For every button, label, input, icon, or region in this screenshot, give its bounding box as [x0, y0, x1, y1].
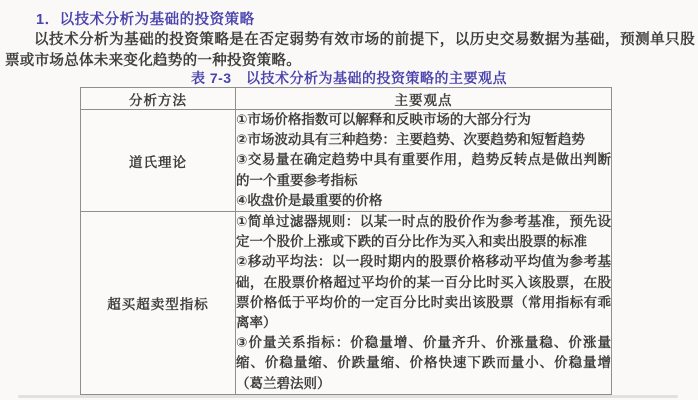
point-item: ②移动平均法：以一段时期内的股票价格移动平均值为参考基础，在股票价格超过平均价的…	[236, 252, 611, 333]
point-item: ③价量关系指标：价稳量增、价量齐升、价涨量稳、价涨量缩、价稳量缩、价跌量缩、价格…	[236, 333, 611, 394]
point-item: ②市场波动具有三种趋势：主要趋势、次要趋势和短暂趋势	[236, 130, 611, 150]
method-cell-overbought-oversold: 超买超卖型指标	[81, 212, 236, 395]
table-caption: 表 7-3 以技术分析为基础的投资策略的主要观点	[0, 68, 698, 88]
point-item: ①简单过滤器规则：以某一时点的股价作为参考基准，预先设定一个股价上涨或下跌的百分…	[236, 212, 611, 252]
method-cell-dow-theory: 道氏理论	[81, 110, 236, 212]
analysis-table: 分析方法 主要观点 道氏理论 ①市场价格指数可以解释和反映市场的大部分行为 ②市…	[80, 87, 612, 395]
points-cell-overbought-oversold: ①简单过滤器规则：以某一时点的股价作为参考基准，预先设定一个股价上涨或下跌的百分…	[236, 212, 612, 395]
page-shadow-divider	[18, 395, 678, 398]
points-cell-dow-theory: ①市场价格指数可以解释和反映市场的大部分行为 ②市场波动具有三种趋势：主要趋势、…	[236, 110, 612, 212]
table-header-row: 分析方法 主要观点	[81, 88, 612, 110]
column-header-method: 分析方法	[81, 88, 236, 110]
section-heading: 1．以技术分析为基础的投资策略	[36, 8, 255, 29]
intro-paragraph: 以技术分析为基础的投资策略是在否定弱势有效市场的前提下，以历史交易数据为基础，预…	[5, 30, 695, 72]
point-item: ③交易量在确定趋势中具有重要作用，趋势反转点是做出判断的一个重要参考指标	[236, 150, 611, 190]
table-row: 超买超卖型指标 ①简单过滤器规则：以某一时点的股价作为参考基准，预先设定一个股价…	[81, 212, 612, 395]
column-header-points: 主要观点	[236, 88, 612, 110]
document-page: 1．以技术分析为基础的投资策略 以技术分析为基础的投资策略是在否定弱势有效市场的…	[0, 0, 698, 400]
point-item: ①市场价格指数可以解释和反映市场的大部分行为	[236, 110, 611, 130]
point-item: ④收盘价是最重要的价格	[236, 191, 611, 211]
table-row: 道氏理论 ①市场价格指数可以解释和反映市场的大部分行为 ②市场波动具有三种趋势：…	[81, 110, 612, 212]
